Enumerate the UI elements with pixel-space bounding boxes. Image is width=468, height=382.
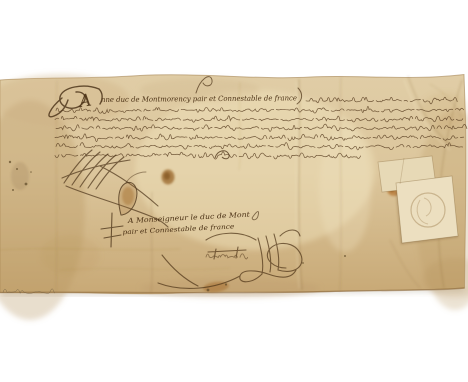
photo-of-manuscript: A nne duc de Montmorency pair et Connest… [0,0,468,382]
heading-text: nne duc de Montmorency pair et Connestab… [101,93,297,104]
manuscript-image: A nne duc de Montmorency pair et Connest… [0,0,468,382]
